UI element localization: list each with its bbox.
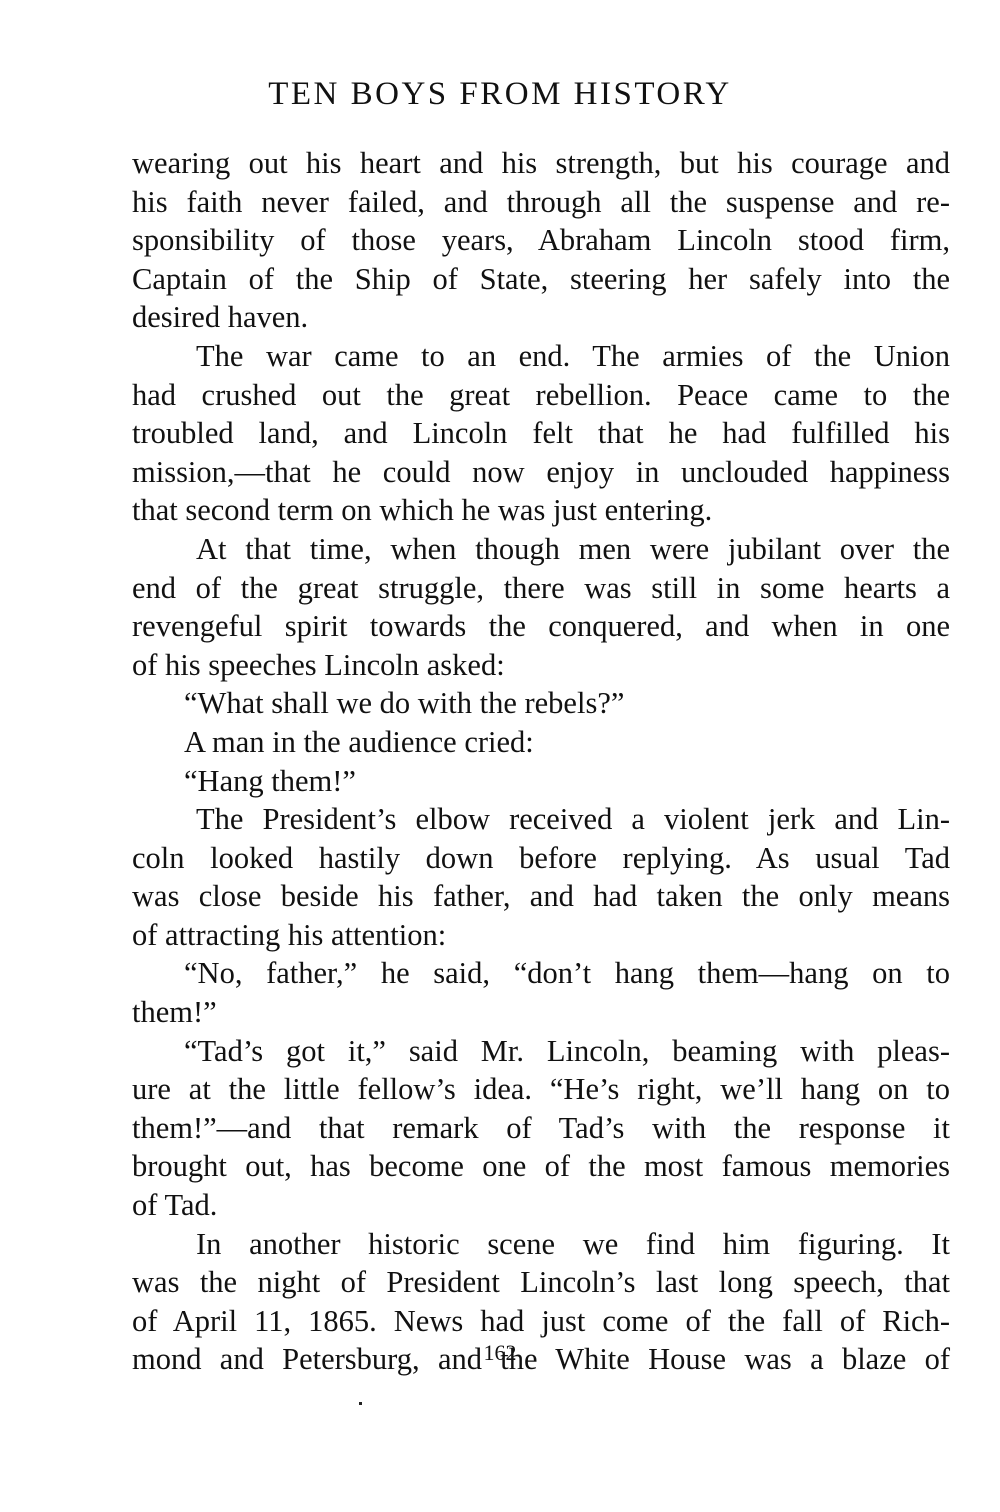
text-line: “Hang them!” (132, 762, 950, 801)
text-line: end of the great struggle, there was sti… (132, 569, 950, 608)
book-page: TEN BOYS FROM HISTORY wearing out his he… (0, 0, 1000, 1512)
text-line: In another historic scene we find him fi… (132, 1225, 950, 1264)
text-line: that second term on which he was just en… (132, 491, 950, 530)
text-line: “What shall we do with the rebels?” (132, 684, 950, 723)
text-line: wearing out his heart and his strength, … (132, 144, 950, 183)
text-line: “Tad’s got it,” said Mr. Lincoln, beamin… (132, 1032, 950, 1071)
text-line: sponsibility of those years, Abraham Lin… (132, 221, 950, 260)
text-line: A man in the audience cried: (132, 723, 950, 762)
text-line: The President’s elbow received a violent… (132, 800, 950, 839)
text-line: of attracting his attention: (132, 916, 950, 955)
text-line: coln looked hastily down before replying… (132, 839, 950, 878)
running-head: TEN BOYS FROM HISTORY (0, 74, 1000, 114)
text-line: At that time, when though men were jubil… (132, 530, 950, 569)
text-line: them!” (132, 993, 950, 1032)
text-line: “No, father,” he said, “don’t hang them—… (132, 954, 950, 993)
text-line: was close beside his father, and had tak… (132, 877, 950, 916)
scan-speck (359, 1402, 362, 1405)
text-line: revengeful spirit towards the conquered,… (132, 607, 950, 646)
text-line: of his speeches Lincoln asked: (132, 646, 950, 685)
text-line: of April 11, 1865. News had just come of… (132, 1302, 950, 1341)
text-line: ure at the little fellow’s idea. “He’s r… (132, 1070, 950, 1109)
text-line: mission,—that he could now enjoy in uncl… (132, 453, 950, 492)
text-line: desired haven. (132, 298, 950, 337)
text-line: The war came to an end. The armies of th… (132, 337, 950, 376)
text-line: was the night of President Lincoln’s las… (132, 1263, 950, 1302)
text-line: his faith never failed, and through all … (132, 183, 950, 222)
text-line: brought out, has become one of the most … (132, 1147, 950, 1186)
text-line: them!”—and that remark of Tad’s with the… (132, 1109, 950, 1148)
text-line: troubled land, and Lincoln felt that he … (132, 414, 950, 453)
text-line: of Tad. (132, 1186, 950, 1225)
body-text: wearing out his heart and his strength, … (132, 144, 950, 1379)
page-number: 162 (0, 1340, 1000, 1366)
text-line: had crushed out the great rebellion. Pea… (132, 376, 950, 415)
text-line: Captain of the Ship of State, steering h… (132, 260, 950, 299)
